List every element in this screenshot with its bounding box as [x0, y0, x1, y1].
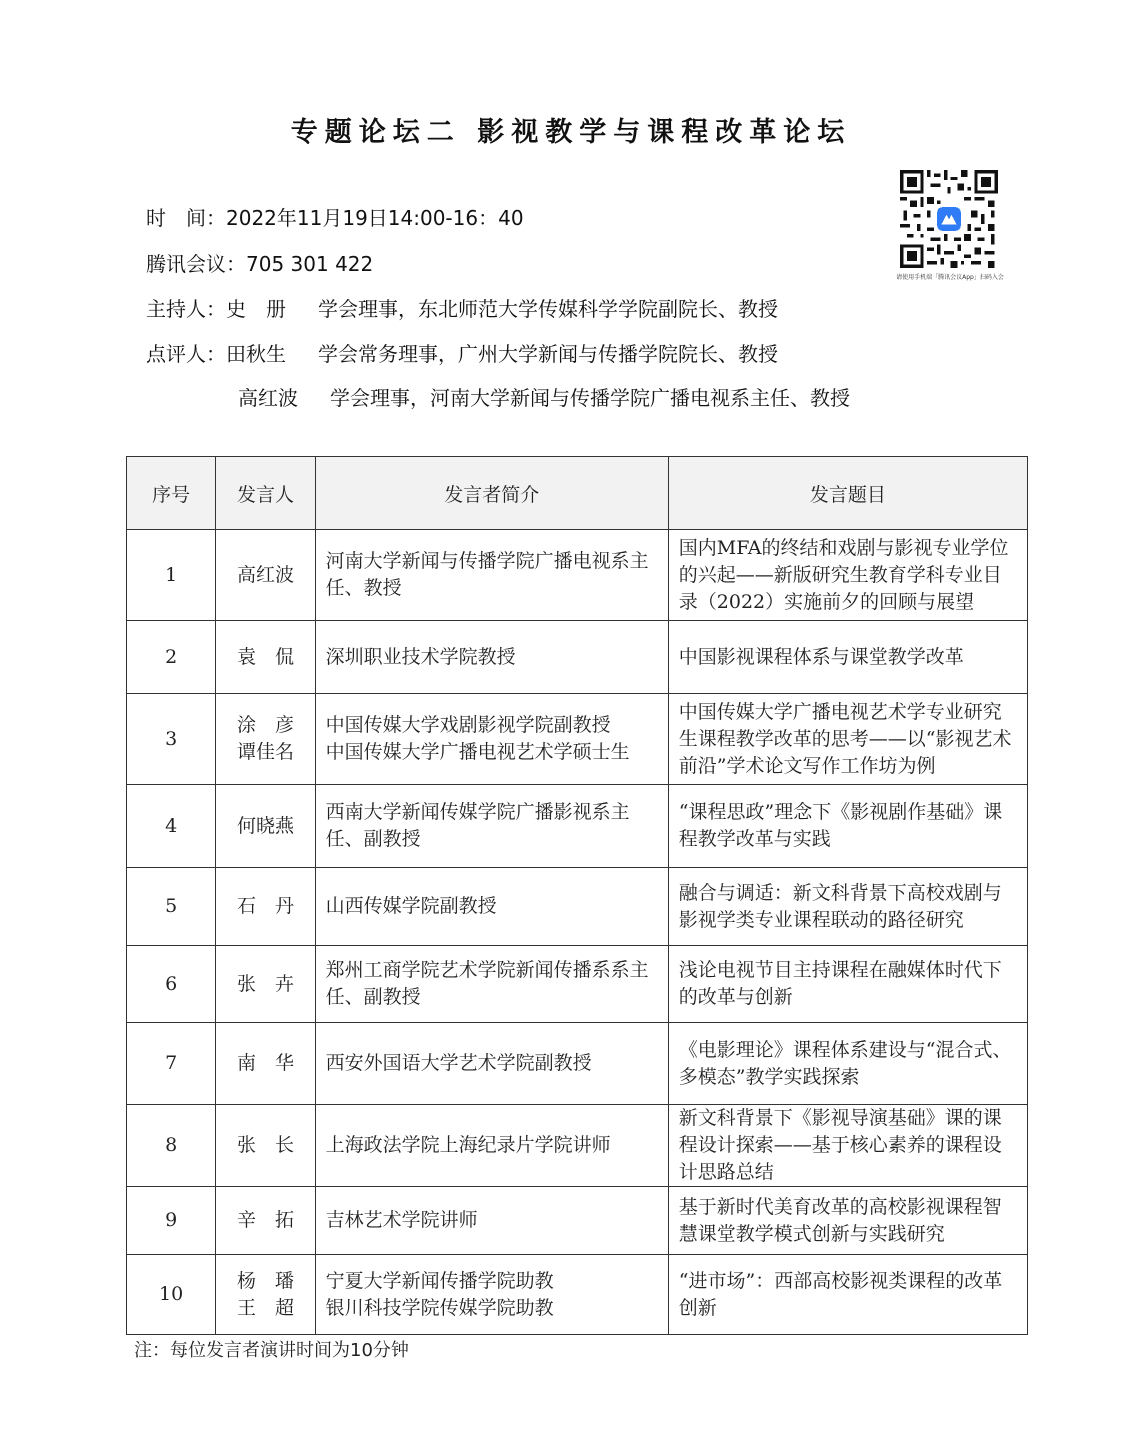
- reviewer-desc: 学会理事，河南大学新闻与传播学院广播电视系主任、教授: [330, 386, 850, 410]
- host-name: 史 册: [226, 296, 318, 322]
- speaker-bio: 西安外国语大学艺术学院副教授: [326, 1050, 658, 1077]
- speaker-bio: 上海政法学院上海纪录片学院讲师: [326, 1132, 658, 1159]
- speaker-name: 谭佳名: [226, 739, 304, 766]
- table-row: 2袁 侃深圳职业技术学院教授中国影视课程体系与课堂教学改革: [127, 621, 1028, 694]
- cell-topic: 融合与调适：新文科背景下高校戏剧与影视学类专业课程联动的路径研究: [668, 868, 1027, 946]
- cell-no: 6: [127, 946, 216, 1023]
- cell-no: 9: [127, 1187, 216, 1255]
- cell-topic: 国内MFA的终结和戏剧与影视专业学位的兴起——新版研究生教育学科专业目录（202…: [668, 530, 1027, 621]
- speaker-name: 张 卉: [226, 971, 304, 998]
- cell-speaker: 石 丹: [216, 868, 315, 946]
- speaker-bio: 吉林艺术学院讲师: [326, 1207, 658, 1234]
- cell-topic: 新文科背景下《影视导演基础》课的课程设计探索——基于核心素养的课程设计思路总结: [668, 1105, 1027, 1187]
- reviewer-label: 点评人：: [146, 341, 226, 367]
- page-title: 专题论坛二 影视教学与课程改革论坛: [0, 110, 1142, 149]
- meeting-label: 腾讯会议：: [146, 251, 246, 277]
- cell-bio: 西南大学新闻传媒学院广播影视系主任、副教授: [315, 785, 668, 868]
- table-row: 4何晓燕西南大学新闻传媒学院广播影视系主任、副教授“课程思政”理念下《影视剧作基…: [127, 785, 1028, 868]
- cell-no: 10: [127, 1255, 216, 1335]
- table-row: 6张 卉郑州工商学院艺术学院新闻传播系系主任、副教授浅论电视节目主持课程在融媒体…: [127, 946, 1028, 1023]
- cell-bio: 郑州工商学院艺术学院新闻传播系系主任、副教授: [315, 946, 668, 1023]
- speaker-bio: 山西传媒学院副教授: [326, 893, 658, 920]
- cell-topic: 中国传媒大学广播电视艺术学专业研究生课程教学改革的思考——以“影视艺术前沿”学术…: [668, 694, 1027, 785]
- cell-bio: 宁夏大学新闻传播学院助教银川科技学院传媒学院助教: [315, 1255, 668, 1335]
- speaker-bio: 河南大学新闻与传播学院广播电视系主任、教授: [326, 548, 658, 602]
- header-speaker: 发言人: [216, 457, 315, 530]
- cell-no: 8: [127, 1105, 216, 1187]
- header-bio: 发言者简介: [315, 457, 668, 530]
- cell-bio: 西安外国语大学艺术学院副教授: [315, 1023, 668, 1105]
- cell-speaker: 袁 侃: [216, 621, 315, 694]
- table-row: 1高红波河南大学新闻与传播学院广播电视系主任、教授国内MFA的终结和戏剧与影视专…: [127, 530, 1028, 621]
- speaker-bio: 宁夏大学新闻传播学院助教: [326, 1268, 658, 1295]
- header-topic: 发言题目: [668, 457, 1027, 530]
- cell-bio: 吉林艺术学院讲师: [315, 1187, 668, 1255]
- host-label: 主持人：: [146, 296, 226, 322]
- host-line: 主持人：史 册学会理事，东北师范大学传媒科学学院副院长、教授: [146, 296, 778, 322]
- qr-code-icon[interactable]: [900, 170, 998, 268]
- cell-no: 5: [127, 868, 216, 946]
- cell-bio: 山西传媒学院副教授: [315, 868, 668, 946]
- speaker-name: 涂 彦: [226, 712, 304, 739]
- cell-speaker: 涂 彦谭佳名: [216, 694, 315, 785]
- speaker-name: 高红波: [226, 562, 304, 589]
- speaker-name: 石 丹: [226, 893, 304, 920]
- cell-no: 3: [127, 694, 216, 785]
- cell-bio: 深圳职业技术学院教授: [315, 621, 668, 694]
- host-desc: 学会理事，东北师范大学传媒科学学院副院长、教授: [318, 297, 778, 321]
- speaker-bio: 深圳职业技术学院教授: [326, 644, 658, 671]
- reviewer-name: 田秋生: [226, 341, 318, 367]
- qr-caption: 请使用手机端「腾讯会议App」扫码入会: [885, 272, 1015, 281]
- cell-speaker: 何晓燕: [216, 785, 315, 868]
- table-row: 8张 长上海政法学院上海纪录片学院讲师新文科背景下《影视导演基础》课的课程设计探…: [127, 1105, 1028, 1187]
- time-value: 2022年11月19日14:00-16：40: [226, 206, 524, 230]
- meeting-id: 705 301 422: [246, 252, 373, 276]
- cell-topic: 《电影理论》课程体系建设与“混合式、多模态”教学实践探索: [668, 1023, 1027, 1105]
- cell-speaker: 杨 璠王 超: [216, 1255, 315, 1335]
- speaker-name: 何晓燕: [226, 813, 304, 840]
- time-line: 时 间：2022年11月19日14:00-16：40: [146, 205, 524, 231]
- cell-bio: 上海政法学院上海纪录片学院讲师: [315, 1105, 668, 1187]
- table-row: 7南 华西安外国语大学艺术学院副教授《电影理论》课程体系建设与“混合式、多模态”…: [127, 1023, 1028, 1105]
- cell-topic: 基于新时代美育改革的高校影视课程智慧课堂教学模式创新与实践研究: [668, 1187, 1027, 1255]
- table-row: 3涂 彦谭佳名中国传媒大学戏剧影视学院副教授中国传媒大学广播电视艺术学硕士生中国…: [127, 694, 1028, 785]
- cell-speaker: 辛 拓: [216, 1187, 315, 1255]
- speaker-name: 南 华: [226, 1050, 304, 1077]
- cell-no: 7: [127, 1023, 216, 1105]
- speaker-name: 辛 拓: [226, 1207, 304, 1234]
- meeting-line: 腾讯会议：705 301 422: [146, 251, 373, 277]
- footnote: 注：每位发言者演讲时间为10分钟: [134, 1336, 409, 1362]
- cell-speaker: 南 华: [216, 1023, 315, 1105]
- speaker-bio: 中国传媒大学广播电视艺术学硕士生: [326, 739, 658, 766]
- cell-speaker: 高红波: [216, 530, 315, 621]
- cell-topic: 中国影视课程体系与课堂教学改革: [668, 621, 1027, 694]
- speaker-bio: 中国传媒大学戏剧影视学院副教授: [326, 712, 658, 739]
- table-row: 10杨 璠王 超宁夏大学新闻传播学院助教银川科技学院传媒学院助教“进市场”：西部…: [127, 1255, 1028, 1335]
- table-header-row: 序号 发言人 发言者简介 发言题目: [127, 457, 1028, 530]
- reviewer-name: 高红波: [238, 385, 330, 411]
- cell-speaker: 张 卉: [216, 946, 315, 1023]
- speaker-name: 杨 璠: [226, 1268, 304, 1295]
- cell-no: 4: [127, 785, 216, 868]
- cell-bio: 中国传媒大学戏剧影视学院副教授中国传媒大学广播电视艺术学硕士生: [315, 694, 668, 785]
- cell-no: 2: [127, 621, 216, 694]
- time-label: 时 间：: [146, 205, 226, 231]
- reviewer-desc: 学会常务理事，广州大学新闻与传播学院院长、教授: [318, 342, 778, 366]
- reviewer-line-1: 点评人：田秋生学会常务理事，广州大学新闻与传播学院院长、教授: [146, 341, 778, 367]
- table-row: 5石 丹山西传媒学院副教授融合与调适：新文科背景下高校戏剧与影视学类专业课程联动…: [127, 868, 1028, 946]
- cell-bio: 河南大学新闻与传播学院广播电视系主任、教授: [315, 530, 668, 621]
- speaker-bio: 银川科技学院传媒学院助教: [326, 1295, 658, 1322]
- schedule-table: 序号 发言人 发言者简介 发言题目 1高红波河南大学新闻与传播学院广播电视系主任…: [126, 456, 1028, 1335]
- cell-no: 1: [127, 530, 216, 621]
- cell-topic: 浅论电视节目主持课程在融媒体时代下的改革与创新: [668, 946, 1027, 1023]
- reviewer-line-2: 高红波学会理事，河南大学新闻与传播学院广播电视系主任、教授: [238, 385, 850, 411]
- cell-topic: “课程思政”理念下《影视剧作基础》课程教学改革与实践: [668, 785, 1027, 868]
- cell-speaker: 张 长: [216, 1105, 315, 1187]
- table-row: 9辛 拓吉林艺术学院讲师基于新时代美育改革的高校影视课程智慧课堂教学模式创新与实…: [127, 1187, 1028, 1255]
- speaker-name: 袁 侃: [226, 644, 304, 671]
- speaker-bio: 西南大学新闻传媒学院广播影视系主任、副教授: [326, 799, 658, 853]
- speaker-name: 张 长: [226, 1132, 304, 1159]
- speaker-bio: 郑州工商学院艺术学院新闻传播系系主任、副教授: [326, 957, 658, 1011]
- speaker-name: 王 超: [226, 1295, 304, 1322]
- cell-topic: “进市场”：西部高校影视类课程的改革创新: [668, 1255, 1027, 1335]
- table-body: 1高红波河南大学新闻与传播学院广播电视系主任、教授国内MFA的终结和戏剧与影视专…: [127, 530, 1028, 1335]
- header-no: 序号: [127, 457, 216, 530]
